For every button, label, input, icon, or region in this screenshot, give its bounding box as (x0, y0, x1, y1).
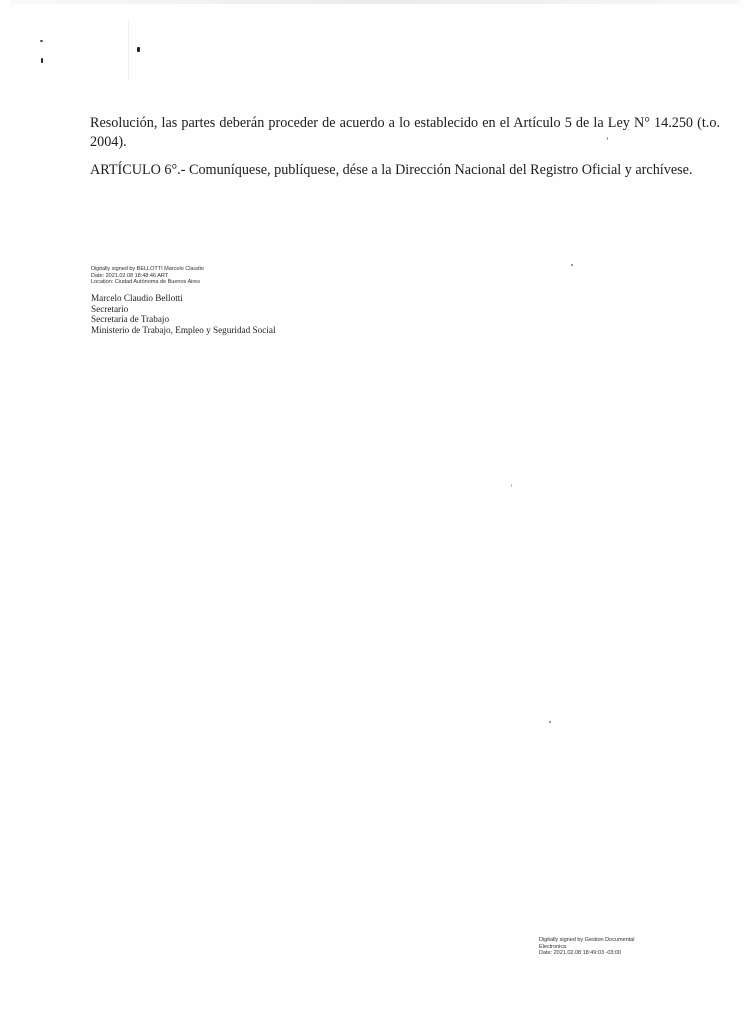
digital-signature-stamp-gde: Digitally signed by Gestion Documental E… (539, 937, 634, 957)
signature-stamp-line: Date: 2021.02.08 18:48:46 ART (91, 273, 204, 280)
signer-block: Marcelo Claudio Bellotti Secretario Secr… (91, 293, 276, 335)
scan-dot (549, 721, 551, 723)
signer-ministry: Ministerio de Trabajo, Empleo y Segurida… (91, 325, 276, 336)
scan-dot (571, 264, 573, 266)
signature-stamp-line: Location: Ciudad Autónoma de Buenos Aire… (91, 279, 204, 286)
paragraph-articulo-6: ARTÍCULO 6°.- Comuníquese, publíquese, d… (90, 161, 720, 180)
scan-bleed-through (10, 0, 740, 4)
scan-speck (137, 47, 140, 52)
scan-dot (511, 484, 512, 487)
signature-stamp-line: Date: 2021.02.08 18:49:03 -03:00 (539, 950, 634, 957)
paragraph-resolucion: Resolución, las partes deberán proceder … (90, 114, 720, 152)
signer-title: Secretario (91, 304, 276, 315)
scan-speck (41, 58, 43, 63)
signature-stamp-line: Digitally signed by BELLOTTI Marcelo Cla… (91, 266, 204, 273)
signature-stamp-line: Digitally signed by Gestion Documental (539, 937, 634, 944)
signer-name: Marcelo Claudio Bellotti (91, 293, 276, 304)
scan-artifact-line (128, 20, 129, 80)
document-page: Resolución, las partes deberán proceder … (0, 0, 745, 1024)
digital-signature-stamp-bellotti: Digitally signed by BELLOTTI Marcelo Cla… (91, 266, 204, 286)
scan-speck (40, 40, 43, 42)
signer-department: Secretaría de Trabajo (91, 314, 276, 325)
signature-stamp-line: Electronica (539, 944, 634, 951)
